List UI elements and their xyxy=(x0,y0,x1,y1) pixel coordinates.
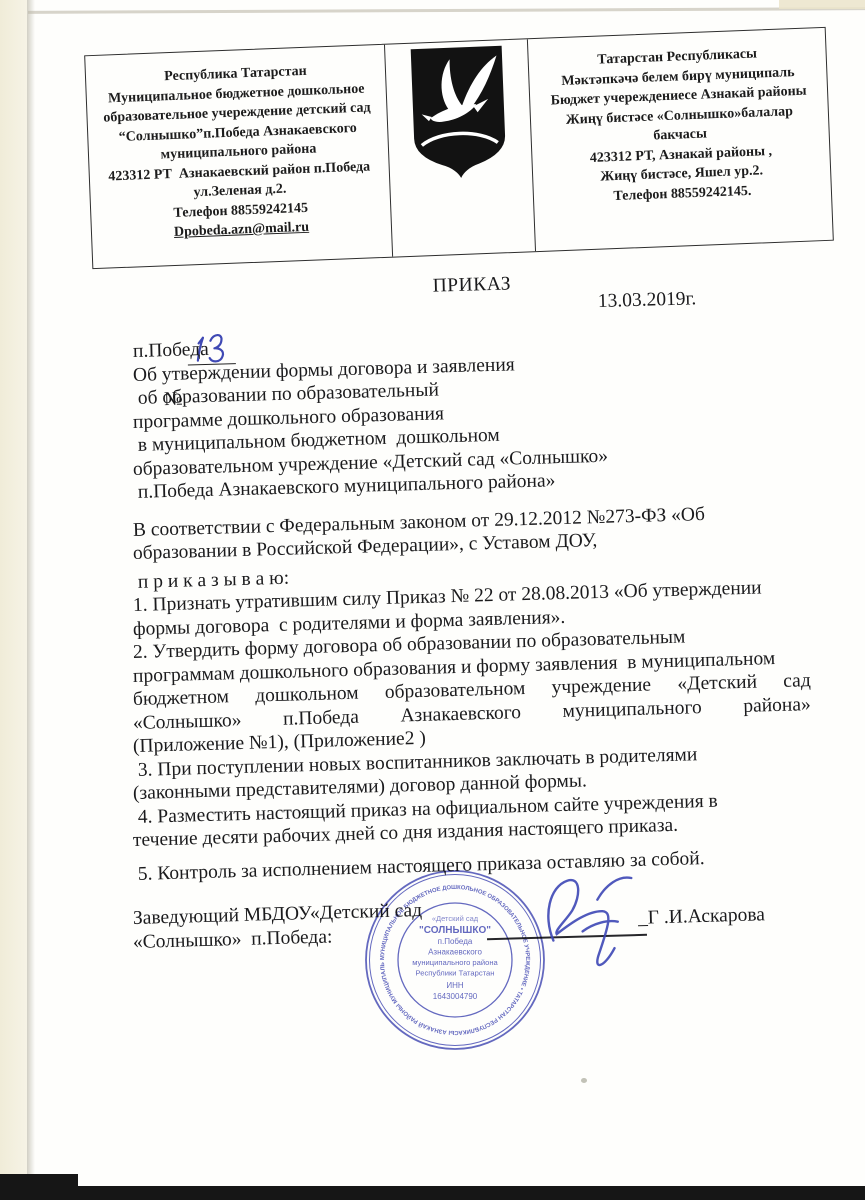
signature-autograph xyxy=(533,864,659,985)
svg-text:ИНН: ИНН xyxy=(446,981,464,990)
scan-speck-artifact xyxy=(581,1078,587,1083)
order-body: ПРИКАЗ 13.03.2019г. № п.Победа Об утверж… xyxy=(133,272,811,954)
letterhead-left-column: Республика ТатарстанМуниципальное бюджет… xyxy=(85,45,393,268)
svg-text:муниципального района: муниципального района xyxy=(412,958,498,967)
stamp-center-text: «Детский сад "СОЛНЫШКО" п.Победа Азнакае… xyxy=(412,914,498,1001)
scanner-edge-bottom xyxy=(0,1186,865,1200)
scanner-edge-left xyxy=(0,0,27,1178)
scanned-document-page: Республика ТатарстанМуниципальное бюджет… xyxy=(0,0,865,1200)
svg-text:«Детский сад: «Детский сад xyxy=(432,914,479,923)
svg-text:п.Победа: п.Победа xyxy=(438,937,473,946)
page-edge-shadow xyxy=(27,0,35,1178)
svg-text:Республики Татарстан: Республики Татарстан xyxy=(416,969,495,978)
svg-text:1643004790: 1643004790 xyxy=(433,992,478,1001)
order-paragraphs: В соответствии с Федеральным законом от … xyxy=(133,519,811,887)
svg-text:Азнакаевского: Азнакаевского xyxy=(428,948,482,957)
letterhead-emblem-cell xyxy=(385,39,536,256)
svg-text:"СОЛНЫШКО": "СОЛНЫШКО" xyxy=(419,925,491,936)
aznakayevo-coat-of-arms-icon xyxy=(408,43,509,181)
official-stamp: МУНИЦИПАЛЬНОЕ БЮДЖЕТНОЕ ДОШКОЛЬНОЕ ОБРАЗ… xyxy=(360,865,550,1055)
scan-smudge-top-right xyxy=(779,0,865,9)
order-subject: Об утверждении формы договора и заявлени… xyxy=(133,364,811,505)
letterhead: Республика ТатарстанМуниципальное бюджет… xyxy=(84,27,834,269)
signatory-name: _Г .И.Аскарова xyxy=(638,904,765,930)
letterhead-right-column: Татарстан РеспубликасыМәктәпкәчә белем б… xyxy=(528,28,833,251)
scanner-edge-top xyxy=(28,7,865,13)
